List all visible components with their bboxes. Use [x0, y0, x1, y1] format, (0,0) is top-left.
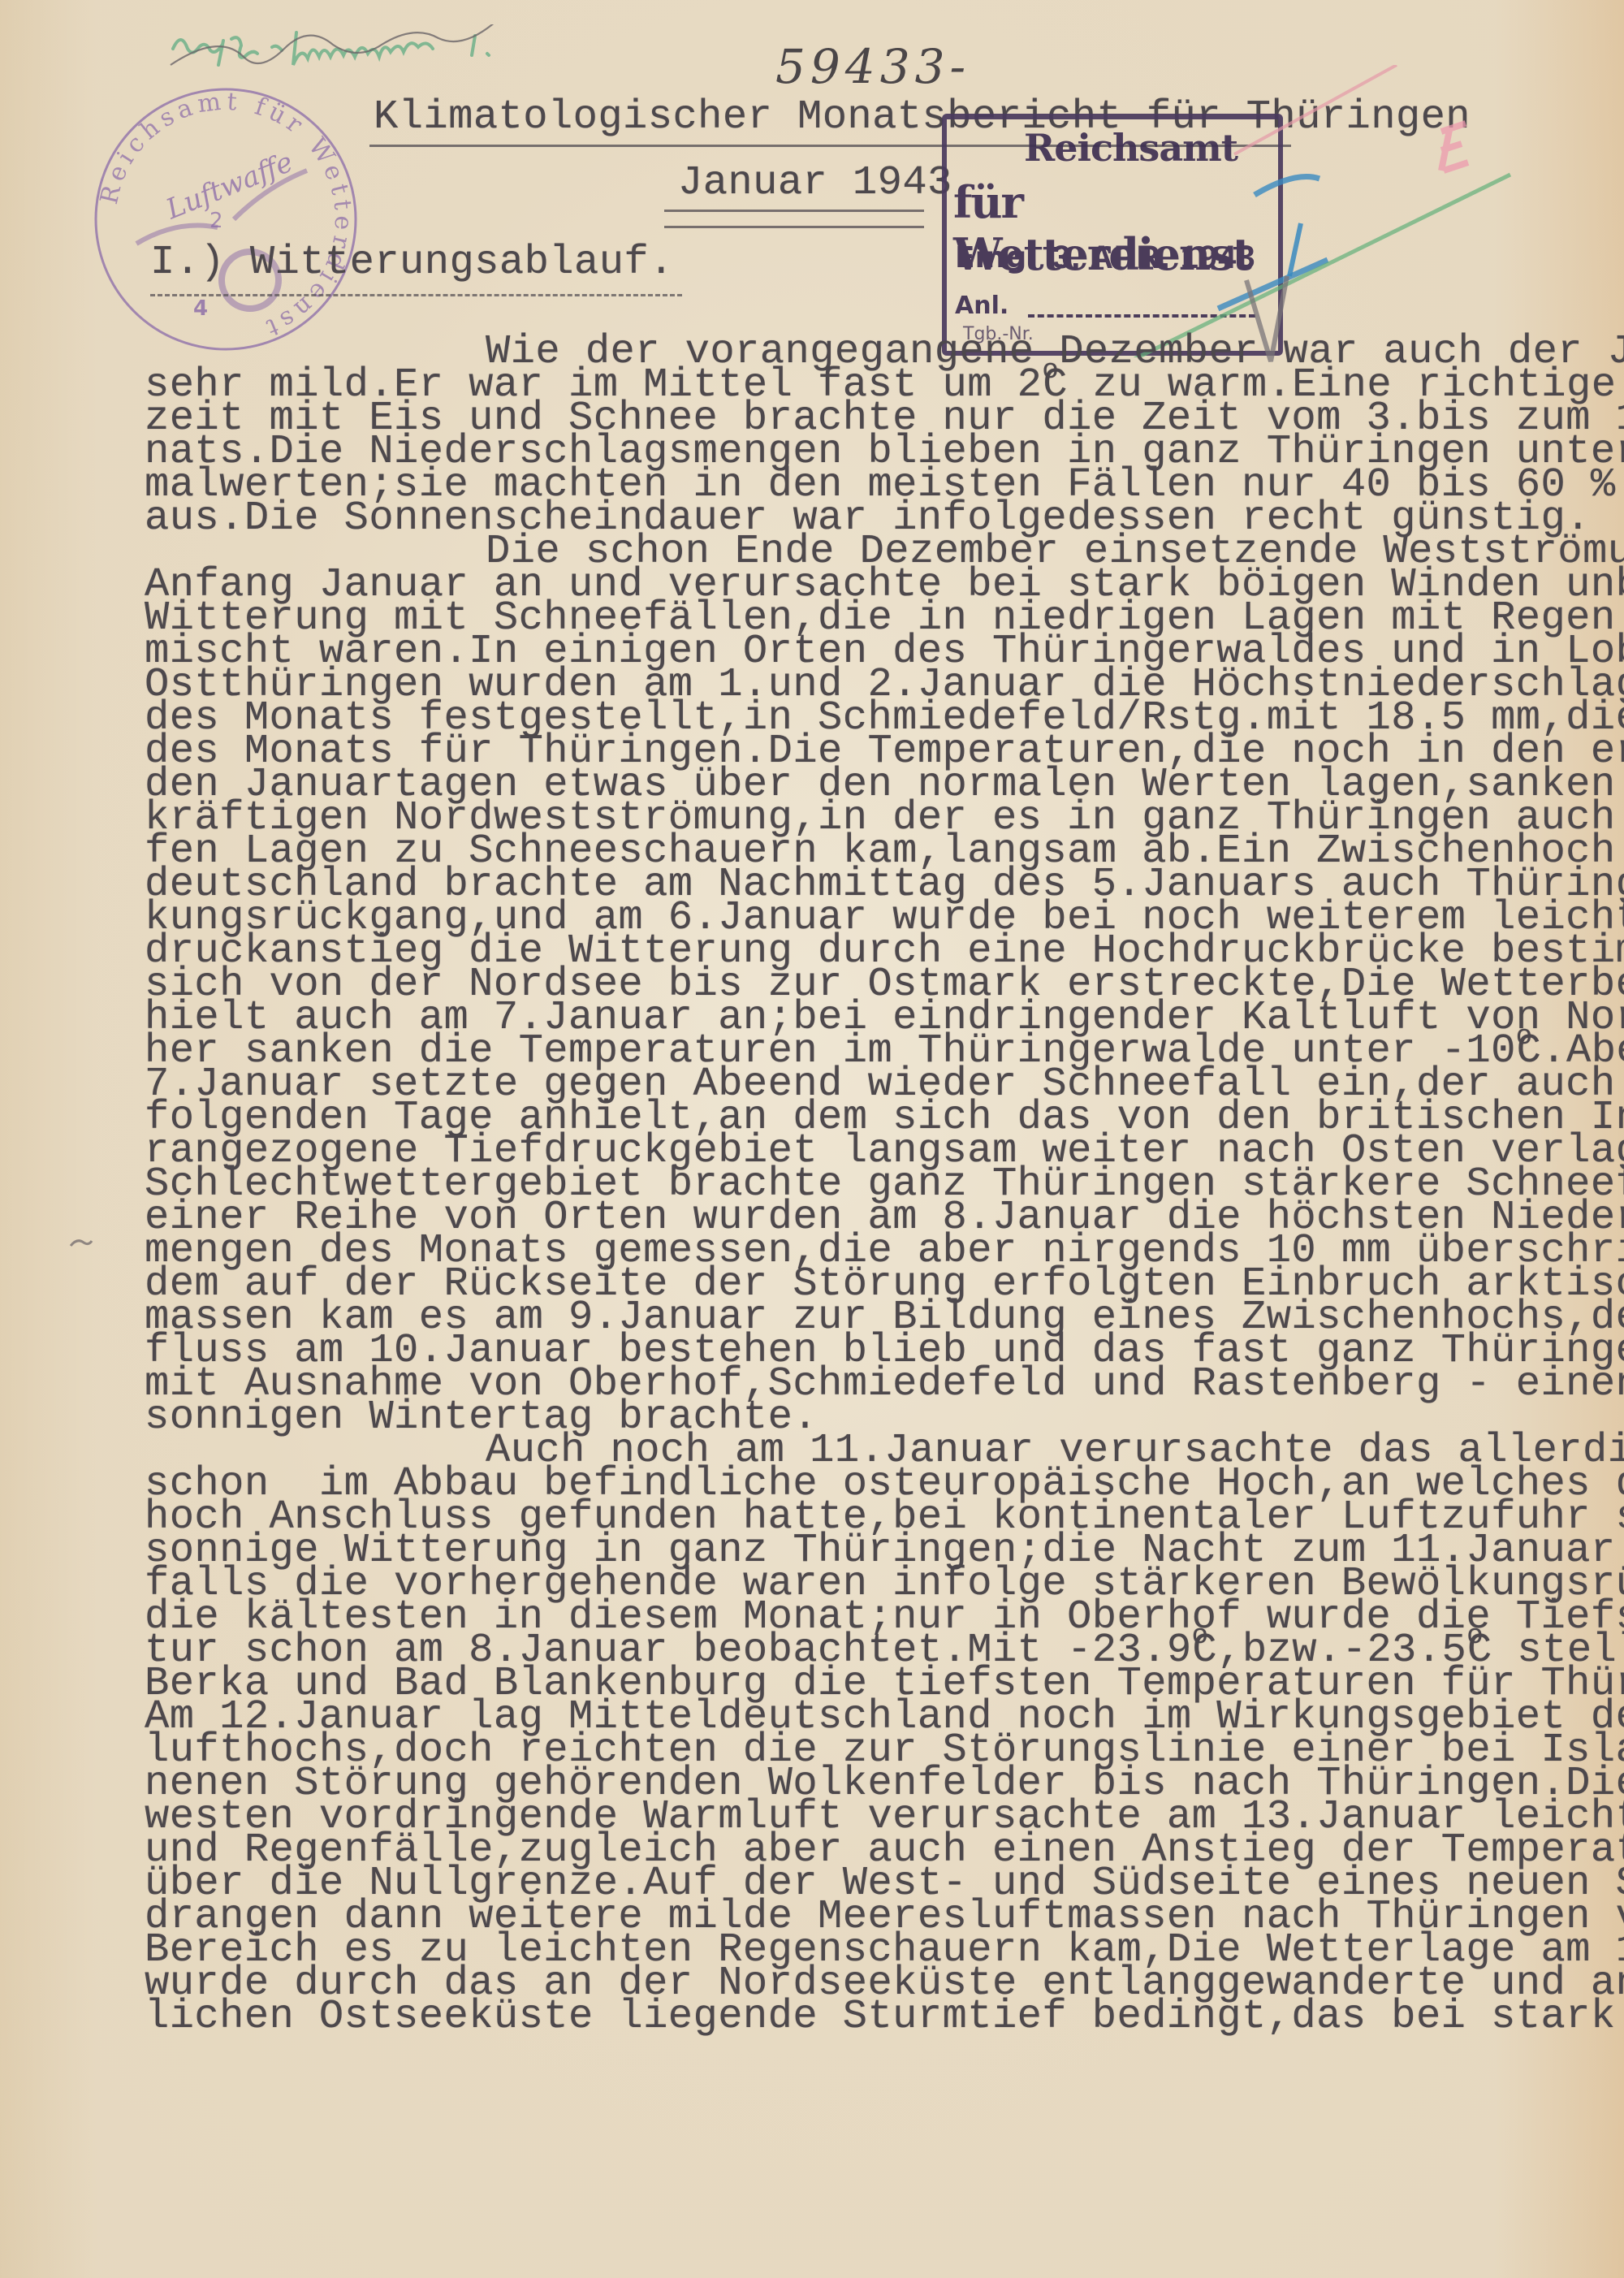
reference-number: 59433-	[775, 39, 970, 94]
received-label: Eing.	[955, 241, 1038, 274]
body-text: Wie der vorangegangene Dezember war auch…	[145, 335, 1624, 2034]
handwritten-note: Ohne Kopf + Unterschrift!	[166, 24, 548, 73]
svg-text:2: 2	[209, 209, 223, 233]
section-underline	[150, 294, 682, 296]
month-underline-1	[664, 210, 924, 212]
section-heading: I.) Witterungsablauf.	[150, 246, 674, 279]
month-underline-2	[664, 226, 924, 228]
crayon-marks	[1121, 65, 1608, 357]
round-stamp-number: 4	[193, 296, 208, 321]
pink-letter-e-icon	[1441, 123, 1468, 171]
report-month: Januar 1943	[678, 166, 952, 200]
text-line: lichen Ostseeküste liegende Sturmtief be…	[145, 2000, 1624, 2034]
attachments-label: Anl.	[955, 292, 1009, 320]
blue-tick-mark	[1289, 223, 1301, 276]
blue-hook-mark	[1255, 177, 1319, 196]
round-stamp: Reichsamt für Wetterdienst Luftwaffe 2	[88, 81, 364, 357]
pink-stroke	[1234, 65, 1397, 154]
ink-smudge	[69, 1234, 93, 1251]
